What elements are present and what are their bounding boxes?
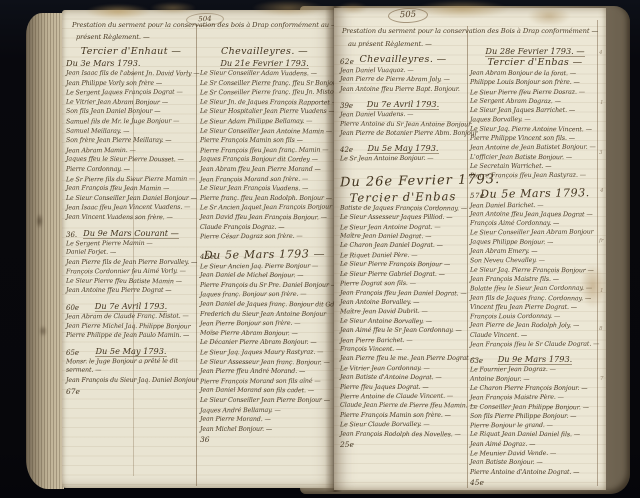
oath-header-line1: Prestation du serment pour la conservati… [72,21,338,29]
register-entry: Jean Pierre Morand. — [200,415,329,425]
register-section: 63eDu 9e Mars 1793.Le Fournier Jean Dogr… [470,354,600,488]
register-entry: Jean Antoine de Jean Batistet Bonjour. — [470,143,600,153]
oath-header-line2: présent Règlement. — [76,33,150,41]
register-section: 60eDu 7e Avril 1793.Jean Abram de Claude… [66,301,196,341]
section-total: 25e [340,439,466,450]
edge-mark: fr [599,238,604,244]
section-heading-text: Du 5e Mars 1793 — [204,247,325,262]
register-section: 36.Du 9e Mars Courant —Le Sergent Pierre… [66,228,196,297]
register-entry: Jean Pierre Bonjour son frère. — [200,319,329,329]
section-heading: 62eChevailleyres. — [340,54,466,66]
register-section: 57eDu 5e Mars 1793.Jean Daniel Barichet.… [470,186,600,350]
register-section: 39eDu 7e Avril 1793.Jean Daniel Vuadens.… [340,99,466,138]
register-entry: L'officier Jean Batiste Bonjour. — [470,152,600,162]
register-entry: Claude François Dograz. — [200,223,329,233]
left-page-edges [26,13,64,489]
register-entry: Jean Pierre de Jean Rodolph Joly. — [470,321,600,331]
register-entry: Le Sieur Conseiller Jean Pierre Bonjour … [200,396,329,406]
register-entry: Jean François du Sieur Jaq. Daniel Bonjo… [66,376,196,386]
register-entry: Pierre César Dograz son frère. — [200,232,329,242]
register-entry: Jean Pierre de Pierre Abram Joly. — [340,75,466,85]
register-entry: Pierre François ffeu Jean Rastyraz. — [470,171,600,181]
register-entry: Maître Jean David Dubrit. — [340,307,466,317]
register-entry: Pierre Antoine d'Antoine Dograt. — [470,468,600,477]
register-entry: Jean Daniel Vuadens. — [340,110,466,120]
register-entry: Jean Pierre ffeu le me. Jean Pierre Dogr… [340,354,466,363]
section-heading-text: Du 5e May 1793. [367,143,438,154]
register-entry: Jean Vincent Vuadens son frère. — [66,213,196,223]
register-section: 42eDu 5e May 1793.Le Sr Jean Antoine Bon… [340,143,466,163]
section-heading: 45eDu 5e Mars 1793 — [200,246,329,263]
section-heading: Du 21e Fevrier 1793. [200,58,329,69]
register-entry: Le Sieur Pierre François Bonjour — [340,260,466,270]
register-entry: Samuel Meillaray. — [66,126,196,136]
register-section: Tercier d'Enhaut —Du 3e Mars 1793.Jean I… [66,46,196,223]
oath-header-line2: au présent Règlement. — [348,40,432,48]
register-entry: Le Sr Jean Antoine Bonjour. — [340,154,466,164]
register-section: 65eDu 5e May 1793.Monsr. le Juge Bonjour… [66,346,196,397]
register-entry: Claude Vincent. — [470,331,600,340]
register-entry: Le Vitrier Jean Abram Bonjour — [66,97,196,107]
edge-mark: 1 [600,100,604,106]
section-heading: Chevailleyres. — [200,46,329,58]
register-entry: Jean Daniel Morand son fils cadet. — [200,386,329,396]
section-heading-text: Tercier d'Enbas — [488,57,583,68]
oath-header-line1: Prestation du serment pour la conservati… [342,27,598,35]
register-entry: Jaques Philippe Bonjour. — [470,237,600,247]
register-section: Du 28e Fevrier 1793. —Tercier d'Enbas —J… [470,46,600,181]
register-entry: Le Sieur Jaq. Pierre François Bonjour — [470,265,600,275]
register-entry: Le Sieur Jean François Vuadens. — [200,184,329,194]
section-heading-text: Du 7e Avril 1793. [367,99,440,110]
register-entry: Daniel Forjet. — [66,248,196,258]
register-entry: Le Sieur Assesseur Jean franç. Bonjour. … [200,357,329,367]
register-entry: Le Conseiller Jean Philippe Bonjour. — [470,402,600,412]
section-heading-text: Tercier d'Enhaut — [81,46,182,57]
section-heading: 65eDu 5e May 1793. [66,346,196,357]
register-entry: Philippe Louis Bonjour son frère. — [470,78,600,87]
register-section: Chevailleyres. —Du 21e Fevrier 1793.Le S… [200,46,329,242]
page-edge-texture [26,13,64,489]
section-heading-text: Du 21e Fevrier 1793. [220,58,308,69]
register-entry: Maître Jean Daniel Dograt. — [340,232,466,242]
register-entry: Jean Antoine ffeu Pierre Dograt — [66,286,196,296]
register-entry: Le Sergent Jaques François Dograt — [66,88,196,98]
register-entry: Jean Aimé ffeu le Sr Jean Cordonnay. — [340,326,466,335]
register-section: 62eChevailleyres. —Jean Daniel Vuaquoz. … [340,54,466,94]
register-entry: Jean Abram ffeu Jean Pierre Morand — [200,165,329,175]
section-heading: Du 3e Mars 1793. [66,58,196,69]
section-heading: 63eDu 9e Mars 1793. [470,354,600,365]
section-heading: 39eDu 7e Avril 1793. [340,99,466,110]
section-heading-text: Du 9e Mars Courant — [83,228,179,239]
section-total: 45e [470,477,600,488]
register-entry: Pierre Philippe de Jean Paulo Mamin. — [66,331,196,341]
register-entry: Jean David ffeu Jean François Bonjour. — [200,213,329,223]
register-entry: Claude Jean Pierre de Pierre ffeu Mamin.… [340,401,466,411]
section-heading: Tercier d'Enhaut — [66,46,196,58]
register-entry: Jaques Borvalley. — [470,115,600,125]
register-entry: Samuel fils de Mr. le Juge Bonjour — [66,117,196,127]
register-entry: Jean François ffeu le Sr Claude Dograt. … [470,340,600,350]
register-entry: serment. — [66,366,196,376]
section-heading: 60eDu 7e Avril 1793. [66,301,196,312]
section-total: 67e [66,386,196,397]
register-column-c: 62eChevailleyres. —Jean Daniel Vuaquoz. … [340,54,466,450]
register-entry: Le Décanier Pierre Abram Bonjour. — [200,338,329,348]
register-entry: Le Riquat Jean Daniel Daniel fils. — [470,430,600,440]
register-entry: Son fils Jean Daniel Bonjour — [66,107,196,117]
edge-mark: 8 [599,326,603,332]
manuscript-register-photo: 504 Prestation du serment pour la conser… [0,0,640,498]
register-entry: Jean Pierre ffeu André Morand. — [200,367,329,377]
edge-mark: 7 [600,376,604,382]
register-entry: Le Sieur Conseiller Jean Antoine Mamin — [200,126,329,136]
section-total: 36 [200,434,329,445]
section-heading: Tercier d'Enbas — [470,57,600,69]
register-entry: Jean François ffeu Jean Mamin — [66,184,196,194]
register-entry: Jean Michel Bonjour. — [200,425,329,435]
register-entry: Le Sieur Jaq. Pierre Antoine Vincent. — [470,124,600,134]
register-section: Du 26e Fevrier 1793.Tercier d'EnbasBatis… [340,174,466,450]
register-entry: Le Sieur Hospitalier Jean Pierre Vuadens… [200,107,329,117]
register-entry: François Cordonnier feu Aimé Vorly. — [66,267,196,277]
section-heading-text: Du 5e Mars 1793. [480,186,590,201]
register-column-b: Chevailleyres. —Du 21e Fevrier 1793.Le S… [200,46,329,445]
register-entry: Pierre François Mamin son fils — [200,136,329,146]
register-entry: François Vincent. — [340,345,466,355]
section-heading-text: Du 7e Avril 1793. [95,301,168,312]
section-heading: Tercier d'Enbas [340,189,466,205]
register-entry: Le Sieur Claude Borvalley. — [340,420,466,430]
register-entry: Le Sieur Assesseur Jaques Pilliod. — [340,213,466,222]
edge-mark: 4 [600,188,604,194]
section-heading-text: Tercier d'Enbas [350,189,457,205]
register-entry: Bolatte ffeu le Sieur Jean Cordonnay. — [470,284,600,294]
register-entry: Jean Abram de Claude Franç. Mistot. — [66,312,196,322]
edge-mark: 1 [600,288,604,294]
edge-mark: 3 [599,150,603,156]
register-entry: Jean François Maistre Père. — [470,393,600,403]
section-heading-text: Du 9e Mars 1793. [498,354,573,365]
register-entry: Batiste de Jaques François Cordonnay. — [340,203,466,213]
register-entry: Le Sieur Pierre ffeu Batiste Mamin — [66,276,196,286]
register-entry: Le Sieur Pierre Gabriel Dograt. — [340,270,466,279]
register-section: 45eDu 5e Mars 1793 —Le Sieur Ancien Jaq.… [200,247,329,446]
section-heading: 36.Du 9e Mars Courant — [66,228,196,239]
register-entry: Le Sr Conseiller Pierre franç. ffeu Jn. … [200,88,329,98]
register-entry: Jean Abram Bonjour de la forat. — [470,69,600,79]
register-entry: Jean Aimé Dograz. — [470,440,600,449]
section-heading: 57eDu 5e Mars 1793. [470,185,600,202]
section-heading-text: Du 3e Mars 1793. [66,58,141,68]
register-entry: Jean Batiste Bonjour. — [470,458,600,468]
register-entry: Le Sieur Antoine Borvalley. — [340,316,466,326]
register-entry: Jean Pierre Michel Jaq. Philippe Bonjour [66,321,196,331]
register-entry: Jean Pierre de Botanier Pierre Abm. Bonj… [340,129,466,138]
register-entry: Le Sergent Abram Dograz. — [470,96,600,106]
register-entry: Le Sieur Conseiller Jean Abram Bonjour [470,228,600,238]
register-entry: Le Charon Jean Daniel Dograt. — [340,241,466,250]
section-heading: Du 28e Fevrier 1793. — [470,46,600,57]
register-entry: Le Sieur Adam Philippe Bellamay. — [200,117,329,127]
register-entry: Pierre Cordonnay. — [66,165,196,175]
register-entry: Jean Batiste d'Antoine Dograt. — [340,373,466,383]
section-heading-text: Chevailleyres. — [359,54,446,65]
register-entry: Son frère Jean Pierre Meillaray. — [66,136,196,146]
register-entry: Antoine Bonjour. — [470,374,600,384]
register-entry: Son fils Pierre Philippe Bonjour. — [470,412,600,421]
register-entry: Jaques ffeu le Sieur Pierre Dousset. — [66,155,196,165]
register-entry: Jean François Rodolph des Novelles. — [340,429,466,439]
register-entry: Jaques François Bonjour dit Cordey — [200,155,329,165]
section-heading-text: Du 28e Fevrier 1793. — [485,46,584,57]
register-entry: Jean Antoine ffeu Pierre Bapt. Bonjour. [340,85,466,94]
register-entry: Pierre Antoine du Sr Jean Antoine Bonjou… [340,119,466,129]
section-heading-text: Chevailleyres. — [221,46,308,57]
register-entry: Jean Isaac fils de l'absent Jn. David Vo… [66,69,196,79]
register-column-d: Du 28e Fevrier 1793. —Tercier d'Enbas —J… [470,46,600,488]
register-entry: Jean fils de Jaques franç. Cordonnay. — [470,293,600,303]
register-column-a: Tercier d'Enhaut —Du 3e Mars 1793.Jean I… [66,46,196,397]
register-entry: Le Sieur Jn. de Jaques François Rapporte… [200,97,329,107]
register-entry: Le Sieur Conseiller Adam Vuadens. — [200,69,329,79]
register-entry: Pierre Dograt son fils. — [340,279,466,289]
register-entry: Jean Daniel de Michel Bonjour. — [200,271,329,281]
register-entry: Son Neveu Chevalley. — [470,256,600,266]
register-entry: Jean Antoine ffeu Jean Jaques Dograt — [470,209,600,219]
register-entry: Le Fournier Jean Dograz. — [470,365,600,375]
register-entry: Le Sieur Jaq. Jaques Maury Rastyraz. — [200,348,329,358]
register-entry: Jean Daniel de Jaques franç. Bonjour dit… [200,300,329,310]
edge-mark: 4 [599,50,603,56]
register-entry: Moïse Pierre Abram Bonjour. — [200,328,329,338]
register-entry: Pierre ffeu Jaques Dograt. — [340,383,466,392]
section-heading-text: Du 5e May 1793. [95,346,166,357]
register-entry: Jean François ffeu Jean Daniel Dograt. — [340,288,466,298]
